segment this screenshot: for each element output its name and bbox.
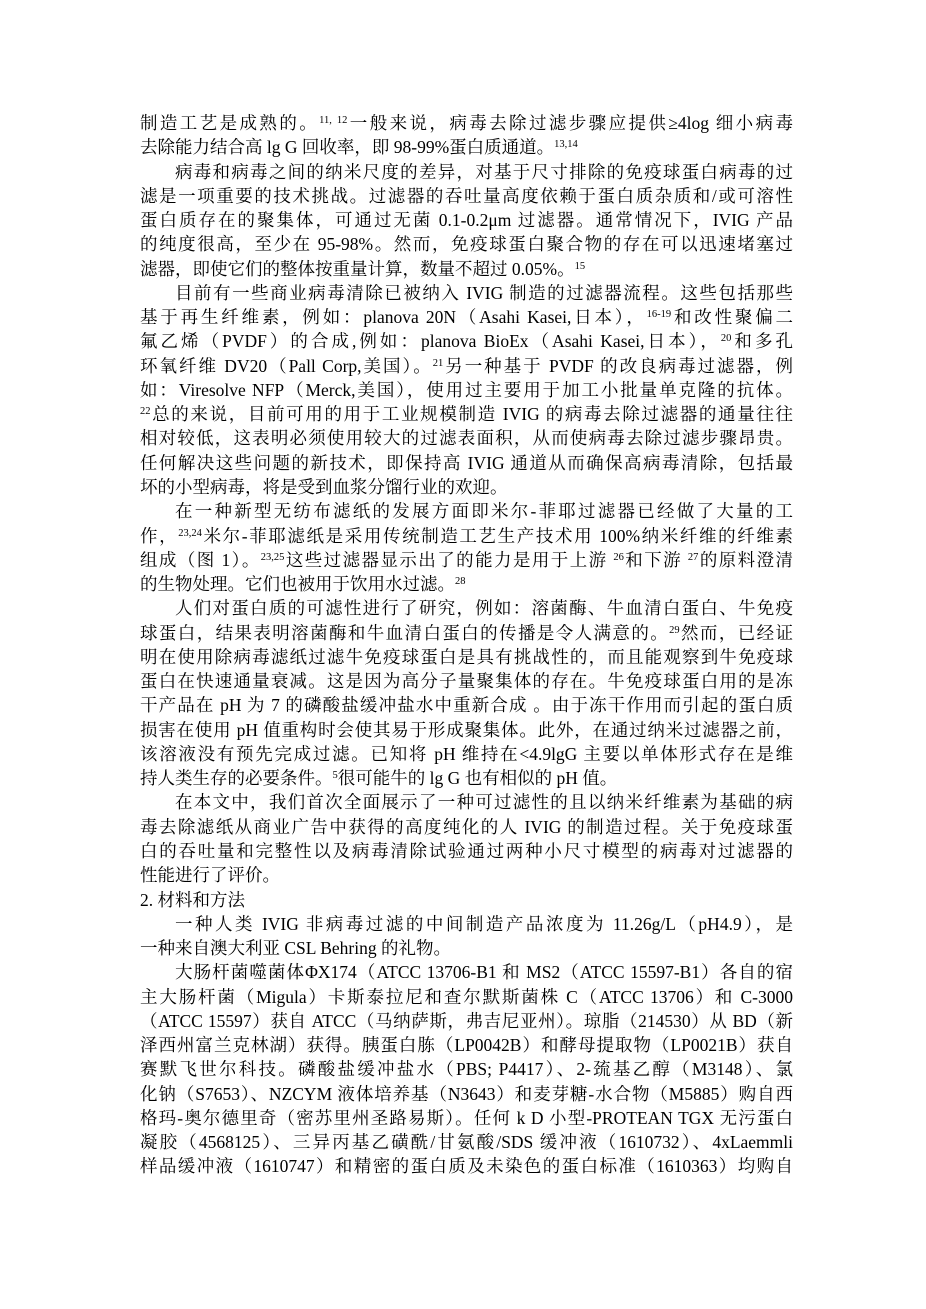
text-line: 白的吞吐量和完整性以及病毒清除试验通过两种小尺寸模型的病毒对过滤器的 [140, 839, 793, 863]
text-run: 总的来说，目前可用的用于工业规模制造 IVIG 的病毒去除过滤器的通量往往 [151, 404, 794, 424]
citation-superscript: 26 [613, 552, 624, 563]
text-run: 蛋白在快速通量衰减。这是因为高分子量聚集体的存在。牛免疫球蛋白用的是冻 [140, 671, 793, 691]
text-run: 和多孔 [731, 331, 793, 351]
text-run: 氟乙烯（PVDF）的合成,例如：planova BioEx（Asahi Kase… [140, 331, 721, 351]
text-line: 凝胶（4568125）、三异丙基乙磺酰/甘氨酸/SDS 缓冲液（1610732）… [140, 1130, 793, 1154]
text-line: 损害在使用 pH 值重构时会使其易于形成聚集体。此外，在通过纳米过滤器之前， [140, 718, 793, 742]
text-run: 化钠（S7653）、NZCYM 液体培养基（N3643）和麦芽糖-水合物（M58… [140, 1084, 793, 1104]
text-run: 另一种基于 PVDF 的改良病毒过滤器，例 [443, 356, 793, 376]
text-run: 目前有一些商业病毒清除已被纳入 IVIG 制造的过滤器流程。这些包括那些 [175, 283, 793, 303]
text-run: 凝胶（4568125）、三异丙基乙磺酰/甘氨酸/SDS 缓冲液（1610732）… [140, 1132, 793, 1152]
text-line: 大肠杆菌噬菌体ΦX174（ATCC 13706-B1 和 MS2（ATCC 15… [140, 960, 793, 984]
text-run: 制造工艺是成熟的。 [140, 113, 319, 133]
text-line: 如：Viresolve NFP（Merck,美国），使用过主要用于加工小批量单克… [140, 378, 793, 402]
text-run: 如：Viresolve NFP（Merck,美国），使用过主要用于加工小批量单克… [140, 380, 793, 400]
citation-superscript: 13,14 [554, 139, 578, 150]
text-run: 人们对蛋白质的可滤性进行了研究，例如：溶菌酶、牛血清白蛋白、牛免疫 [175, 598, 793, 618]
text-line: （ATCC 15597）获自 ATCC（马纳萨斯，弗吉尼亚州）。琼脂（21453… [140, 1009, 793, 1033]
text-run: 毒去除滤纸从商业广告中获得的高度纯化的人 IVIG 的制造过程。关于免疫球蛋 [140, 817, 793, 837]
citation-superscript: 20 [721, 333, 732, 344]
text-line: 格玛-奥尔德里奇（密苏里州圣路易斯）。任何 k D 小型-PROTEAN TGX… [140, 1106, 793, 1130]
text-run: 然而，已经证 [680, 623, 793, 643]
text-line: 氟乙烯（PVDF）的合成,例如：planova BioEx（Asahi Kase… [140, 329, 793, 353]
text-run: 该溶液没有预先完成过滤。已知将 pH 维持在<4.9lgG 主要以单体形式存在是… [140, 744, 793, 764]
text-line: 坏的小型病毒，将是受到血浆分馏行业的欢迎。 [140, 475, 793, 499]
document-page: 制造工艺是成熟的。11, 12一般来说，病毒去除过滤步骤应提供≥4log 细小病… [0, 0, 926, 1309]
citation-superscript: 27 [688, 552, 699, 563]
text-run: 主大肠杆菌（Migula）卡斯泰拉尼和查尔默斯菌株 C（ATCC 13706）和… [140, 987, 793, 1007]
text-run: （ATCC 15597）获自 ATCC（马纳萨斯，弗吉尼亚州）。琼脂（21453… [140, 1011, 793, 1031]
text-run: 2. 材料和方法 [140, 890, 245, 910]
text-run: 损害在使用 pH 值重构时会使其易于形成聚集体。此外，在通过纳米过滤器之前， [140, 720, 793, 740]
text-run: 格玛-奥尔德里奇（密苏里州圣路易斯）。任何 k D 小型-PROTEAN TGX… [140, 1108, 793, 1128]
text-run: 一种来自澳大利亚 CSL Behring 的礼物。 [140, 938, 451, 958]
text-line: 人们对蛋白质的可滤性进行了研究，例如：溶菌酶、牛血清白蛋白、牛免疫 [140, 596, 793, 620]
text-line: 性能进行了评价。 [140, 863, 793, 887]
text-run: 性能进行了评价。 [140, 865, 280, 885]
citation-superscript: 11, 12 [319, 115, 347, 126]
text-line: 毒去除滤纸从商业广告中获得的高度纯化的人 IVIG 的制造过程。关于免疫球蛋 [140, 815, 793, 839]
citation-superscript: 23,25 [261, 552, 285, 563]
text-run: 去除能力结合高 lg G 回收率，即 98-99%蛋白质通道。 [140, 137, 554, 157]
text-line: 滤器，即使它们的整体按重量计算，数量不超过 0.05%。15 [140, 257, 793, 281]
text-run: 球蛋白，结果表明溶菌酶和牛血清白蛋白的传播是令人满意的。 [140, 623, 669, 643]
text-line: 22总的来说，目前可用的用于工业规模制造 IVIG 的病毒去除过滤器的通量往往 [140, 402, 793, 426]
text-run: 的原料澄清 [698, 550, 793, 570]
text-line: 在本文中，我们首次全面展示了一种可过滤性的且以纳米纤维素为基础的病 [140, 790, 793, 814]
text-run: 组成（图 1）。 [140, 550, 261, 570]
text-run: 白的吞吐量和完整性以及病毒清除试验通过两种小尺寸模型的病毒对过滤器的 [140, 841, 793, 861]
text-run: 一种人类 IVIG 非病毒过滤的中间制造产品浓度为 11.26g/L（pH4.9… [175, 914, 793, 934]
text-run: 坏的小型病毒，将是受到血浆分馏行业的欢迎。 [140, 477, 508, 497]
citation-superscript: 29 [669, 625, 680, 636]
text-run: 的生物处理。它们也被用于饮用水过滤。 [140, 574, 455, 594]
text-run: 病毒和病毒之间的纳米尺度的差异，对基于尺寸排除的免疫球蛋白病毒的过 [175, 162, 793, 182]
text-line: 持人类生存的必要条件。5很可能牛的 lg G 也有相似的 pH 值。 [140, 766, 793, 790]
text-run: 米尔-菲耶滤纸是采用传统制造工艺生产技术用 100%纳米纤维的纤维素 [202, 526, 793, 546]
text-run: 蛋白质存在的聚集体，可通过无菌 0.1-0.2μm 过滤器。通常情况下，IVIG… [140, 210, 793, 230]
text-run: 滤器，即使它们的整体按重量计算，数量不超过 0.05%。 [140, 259, 575, 279]
text-run: 在一种新型无纺布滤纸的发展方面即米尔-菲耶过滤器已经做了大量的工 [175, 501, 793, 521]
text-run: 基于再生纤维素，例如：planova 20N（Asahi Kasei,日本）， [140, 307, 647, 327]
text-run: 和下游 [624, 550, 688, 570]
text-run: 大肠杆菌噬菌体ΦX174（ATCC 13706-B1 和 MS2（ATCC 15… [175, 962, 793, 982]
text-line: 赛默飞世尔科技。磷酸盐缓冲盐水（PBS; P4417）、2-巯基乙醇（M3148… [140, 1057, 793, 1081]
text-line: 基于再生纤维素，例如：planova 20N（Asahi Kasei,日本），1… [140, 305, 793, 329]
text-line: 去除能力结合高 lg G 回收率，即 98-99%蛋白质通道。13,14 [140, 135, 793, 159]
text-run: 作， [140, 526, 178, 546]
text-run: 泽西州富兰克林湖）获得。胰蛋白胨（LP0042B）和酵母提取物（LP0021B）… [140, 1035, 793, 1055]
text-run: 干产品在 pH 为 7 的磷酸盐缓冲盐水中重新合成 。由于冻干作用而引起的蛋白质 [140, 695, 793, 715]
text-run: 样品缓冲液（1610747）和精密的蛋白质及未染色的蛋白标准（1610363）均… [140, 1156, 793, 1176]
citation-superscript: 28 [455, 576, 466, 587]
citation-superscript: 15 [575, 261, 586, 272]
text-run: 一般来说，病毒去除过滤步骤应提供≥4log 细小病毒 [347, 113, 793, 133]
text-run: 的纯度很高，至少在 95-98%。然而，免疫球蛋白聚合物的存在可以迅速堵塞过 [140, 234, 793, 254]
text-line: 环氧纤维 DV20（Pall Corp,美国）。21另一种基于 PVDF 的改良… [140, 354, 793, 378]
text-line: 一种来自澳大利亚 CSL Behring 的礼物。 [140, 936, 793, 960]
text-line: 任何解决这些问题的新技术，即保持高 IVIG 通道从而确保高病毒清除，包括最 [140, 451, 793, 475]
text-line: 的纯度很高，至少在 95-98%。然而，免疫球蛋白聚合物的存在可以迅速堵塞过 [140, 232, 793, 256]
text-run: 任何解决这些问题的新技术，即保持高 IVIG 通道从而确保高病毒清除，包括最 [140, 453, 793, 473]
text-run: 相对较低，这表明必须使用较大的过滤表面积，从而使病毒去除过滤步骤昂贵。 [140, 428, 793, 448]
text-line: 相对较低，这表明必须使用较大的过滤表面积，从而使病毒去除过滤步骤昂贵。 [140, 426, 793, 450]
text-line: 制造工艺是成熟的。11, 12一般来说，病毒去除过滤步骤应提供≥4log 细小病… [140, 111, 793, 135]
text-run: 滤是一项重要的技术挑战。过滤器的吞吐量高度依赖于蛋白质杂质和/或可溶性 [140, 186, 793, 206]
text-line: 干产品在 pH 为 7 的磷酸盐缓冲盐水中重新合成 。由于冻干作用而引起的蛋白质 [140, 693, 793, 717]
text-line: 球蛋白，结果表明溶菌酶和牛血清白蛋白的传播是令人满意的。29然而，已经证 [140, 621, 793, 645]
text-line: 主大肠杆菌（Migula）卡斯泰拉尼和查尔默斯菌株 C（ATCC 13706）和… [140, 985, 793, 1009]
text-line: 明在使用除病毒滤纸过滤牛免疫球蛋白是具有挑战性的，而且能观察到牛免疫球 [140, 645, 793, 669]
section-heading: 2. 材料和方法 [140, 888, 793, 912]
text-run: 持人类生存的必要条件。 [140, 768, 333, 788]
text-line: 的生物处理。它们也被用于饮用水过滤。28 [140, 572, 793, 596]
text-line: 组成（图 1）。23,25这些过滤器显示出了的能力是用于上游 26和下游 27的… [140, 548, 793, 572]
citation-superscript: 22 [140, 406, 151, 417]
text-line: 蛋白质存在的聚集体，可通过无菌 0.1-0.2μm 过滤器。通常情况下，IVIG… [140, 208, 793, 232]
text-run: 和改性聚偏二 [671, 307, 793, 327]
text-line: 样品缓冲液（1610747）和精密的蛋白质及未染色的蛋白标准（1610363）均… [140, 1154, 793, 1178]
citation-superscript: 23,24 [178, 528, 202, 539]
text-line: 目前有一些商业病毒清除已被纳入 IVIG 制造的过滤器流程。这些包括那些 [140, 281, 793, 305]
text-line: 在一种新型无纺布滤纸的发展方面即米尔-菲耶过滤器已经做了大量的工 [140, 499, 793, 523]
text-line: 蛋白在快速通量衰减。这是因为高分子量聚集体的存在。牛免疫球蛋白用的是冻 [140, 669, 793, 693]
text-line: 化钠（S7653）、NZCYM 液体培养基（N3643）和麦芽糖-水合物（M58… [140, 1082, 793, 1106]
text-run: 赛默飞世尔科技。磷酸盐缓冲盐水（PBS; P4417）、2-巯基乙醇（M3148… [140, 1059, 793, 1079]
text-line: 一种人类 IVIG 非病毒过滤的中间制造产品浓度为 11.26g/L（pH4.9… [140, 912, 793, 936]
text-line: 滤是一项重要的技术挑战。过滤器的吞吐量高度依赖于蛋白质杂质和/或可溶性 [140, 184, 793, 208]
text-run: 在本文中，我们首次全面展示了一种可过滤性的且以纳米纤维素为基础的病 [175, 792, 793, 812]
text-line: 该溶液没有预先完成过滤。已知将 pH 维持在<4.9lgG 主要以单体形式存在是… [140, 742, 793, 766]
text-run: 环氧纤维 DV20（Pall Corp,美国）。 [140, 356, 433, 376]
text-line: 病毒和病毒之间的纳米尺度的差异，对基于尺寸排除的免疫球蛋白病毒的过 [140, 160, 793, 184]
text-run: 明在使用除病毒滤纸过滤牛免疫球蛋白是具有挑战性的，而且能观察到牛免疫球 [140, 647, 793, 667]
document-text: 制造工艺是成熟的。11, 12一般来说，病毒去除过滤步骤应提供≥4log 细小病… [140, 111, 793, 1179]
text-run: 很可能牛的 lg G 也有相似的 pH 值。 [338, 768, 618, 788]
text-run: 这些过滤器显示出了的能力是用于上游 [284, 550, 613, 570]
citation-superscript: 21 [433, 358, 444, 369]
text-line: 作，23,24米尔-菲耶滤纸是采用传统制造工艺生产技术用 100%纳米纤维的纤维… [140, 524, 793, 548]
citation-superscript: 16-19 [647, 309, 672, 320]
text-line: 泽西州富兰克林湖）获得。胰蛋白胨（LP0042B）和酵母提取物（LP0021B）… [140, 1033, 793, 1057]
